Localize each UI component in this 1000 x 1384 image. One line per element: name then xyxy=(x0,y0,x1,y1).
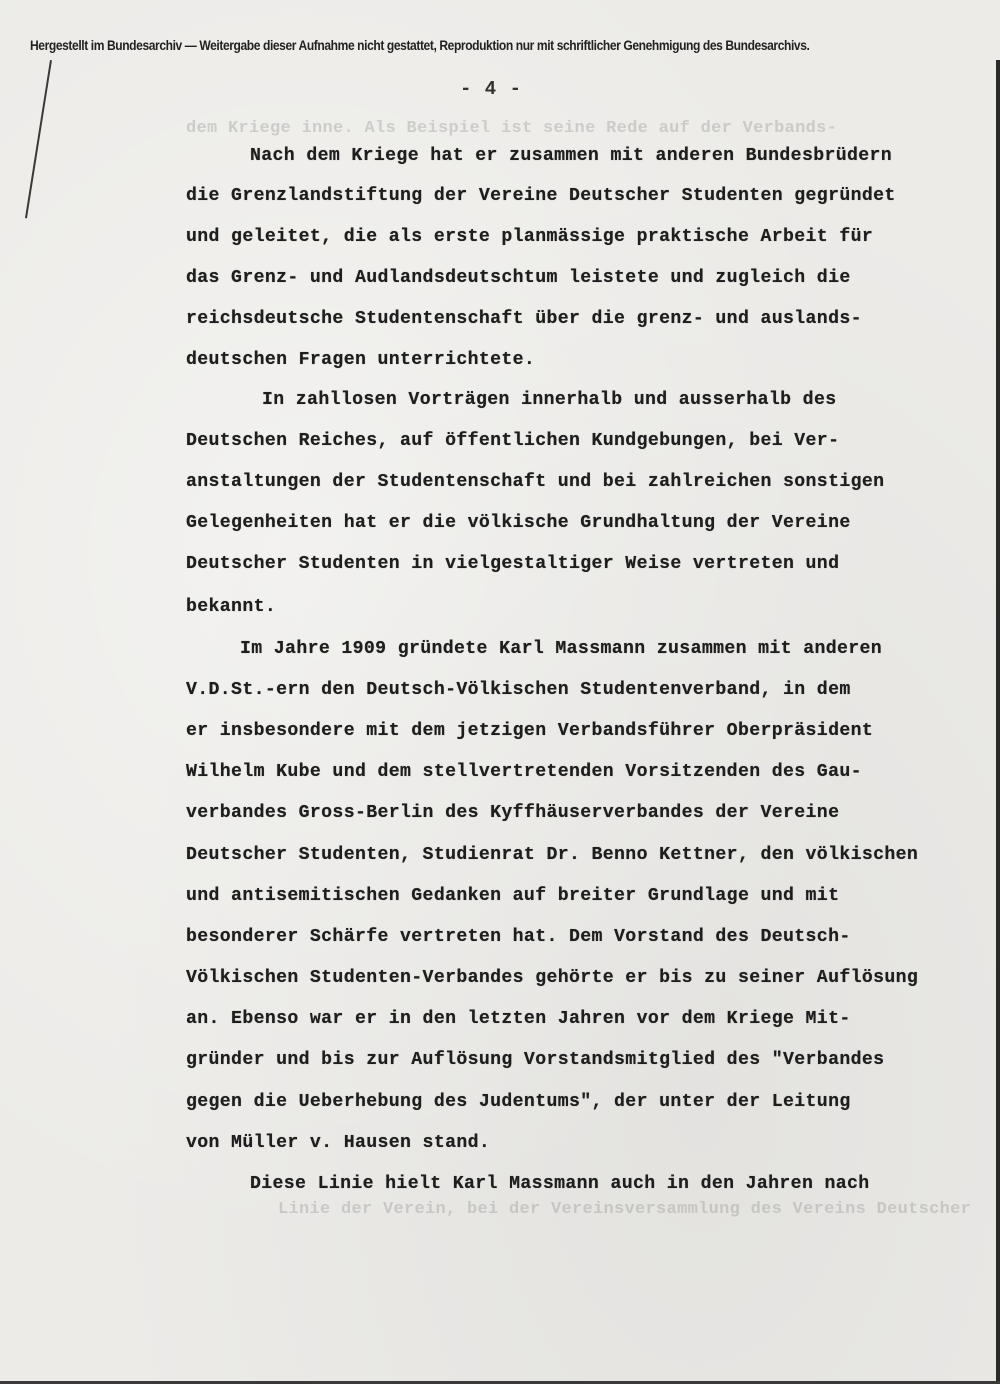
text-line: Diese Linie hielt Karl Massmann auch in … xyxy=(250,1174,870,1194)
text-line: und geleitet, die als erste planmässige … xyxy=(186,227,873,247)
text-line: besonderer Schärfe vertreten hat. Dem Vo… xyxy=(186,927,851,947)
text-line: von Müller v. Hausen stand. xyxy=(186,1133,490,1153)
bleed-through-text: Linie der Verein, bei der Vereinsversamm… xyxy=(278,1200,971,1219)
text-line: die Grenzlandstiftung der Vereine Deutsc… xyxy=(186,186,896,206)
text-line: deutschen Fragen unterrichtete. xyxy=(186,350,535,370)
text-line: Deutscher Studenten, Studienrat Dr. Benn… xyxy=(186,845,918,865)
text-line: reichsdeutsche Studentenschaft über die … xyxy=(186,309,862,329)
text-line: er insbesondere mit dem jetzigen Verband… xyxy=(186,721,873,741)
text-line: das Grenz- und Audlandsdeutschtum leiste… xyxy=(186,268,851,288)
text-line: Deutschen Reiches, auf öffentlichen Kund… xyxy=(186,431,839,451)
text-line: bekannt. xyxy=(186,597,276,617)
text-line: an. Ebenso war er in den letzten Jahren … xyxy=(186,1009,851,1029)
text-line: und antisemitischen Gedanken auf breiter… xyxy=(186,886,839,906)
bleed-through-text: dem Kriege inne. Als Beispiel ist seine … xyxy=(186,119,837,138)
page-number: - 4 - xyxy=(460,78,522,100)
text-line: In zahllosen Vorträgen innerhalb und aus… xyxy=(262,390,836,410)
text-line: anstaltungen der Studentenschaft und bei… xyxy=(186,472,884,492)
text-line: Gelegenheiten hat er die völkische Grund… xyxy=(186,513,851,533)
text-line: gründer und bis zur Auflösung Vorstandsm… xyxy=(186,1050,884,1070)
text-line: Deutscher Studenten in vielgestaltiger W… xyxy=(186,554,839,574)
text-line: Wilhelm Kube und dem stellvertretenden V… xyxy=(186,762,862,782)
text-line: verbandes Gross-Berlin des Kyffhäuserver… xyxy=(186,803,839,823)
text-line: V.D.St.-ern den Deutsch-Völkischen Stude… xyxy=(186,680,851,700)
text-line: gegen die Ueberhebung des Judentums", de… xyxy=(186,1092,851,1112)
text-line: Im Jahre 1909 gründete Karl Massmann zus… xyxy=(240,639,882,659)
document-page: Hergestellt im Bundesarchiv — Weitergabe… xyxy=(0,0,1000,1384)
text-line: Nach dem Kriege hat er zusammen mit ande… xyxy=(250,146,892,166)
archive-notice: Hergestellt im Bundesarchiv — Weitergabe… xyxy=(30,38,894,53)
scan-edge-right xyxy=(996,60,1000,1384)
margin-pencil-line xyxy=(25,60,52,218)
text-line: Völkischen Studenten-Verbandes gehörte e… xyxy=(186,968,918,988)
